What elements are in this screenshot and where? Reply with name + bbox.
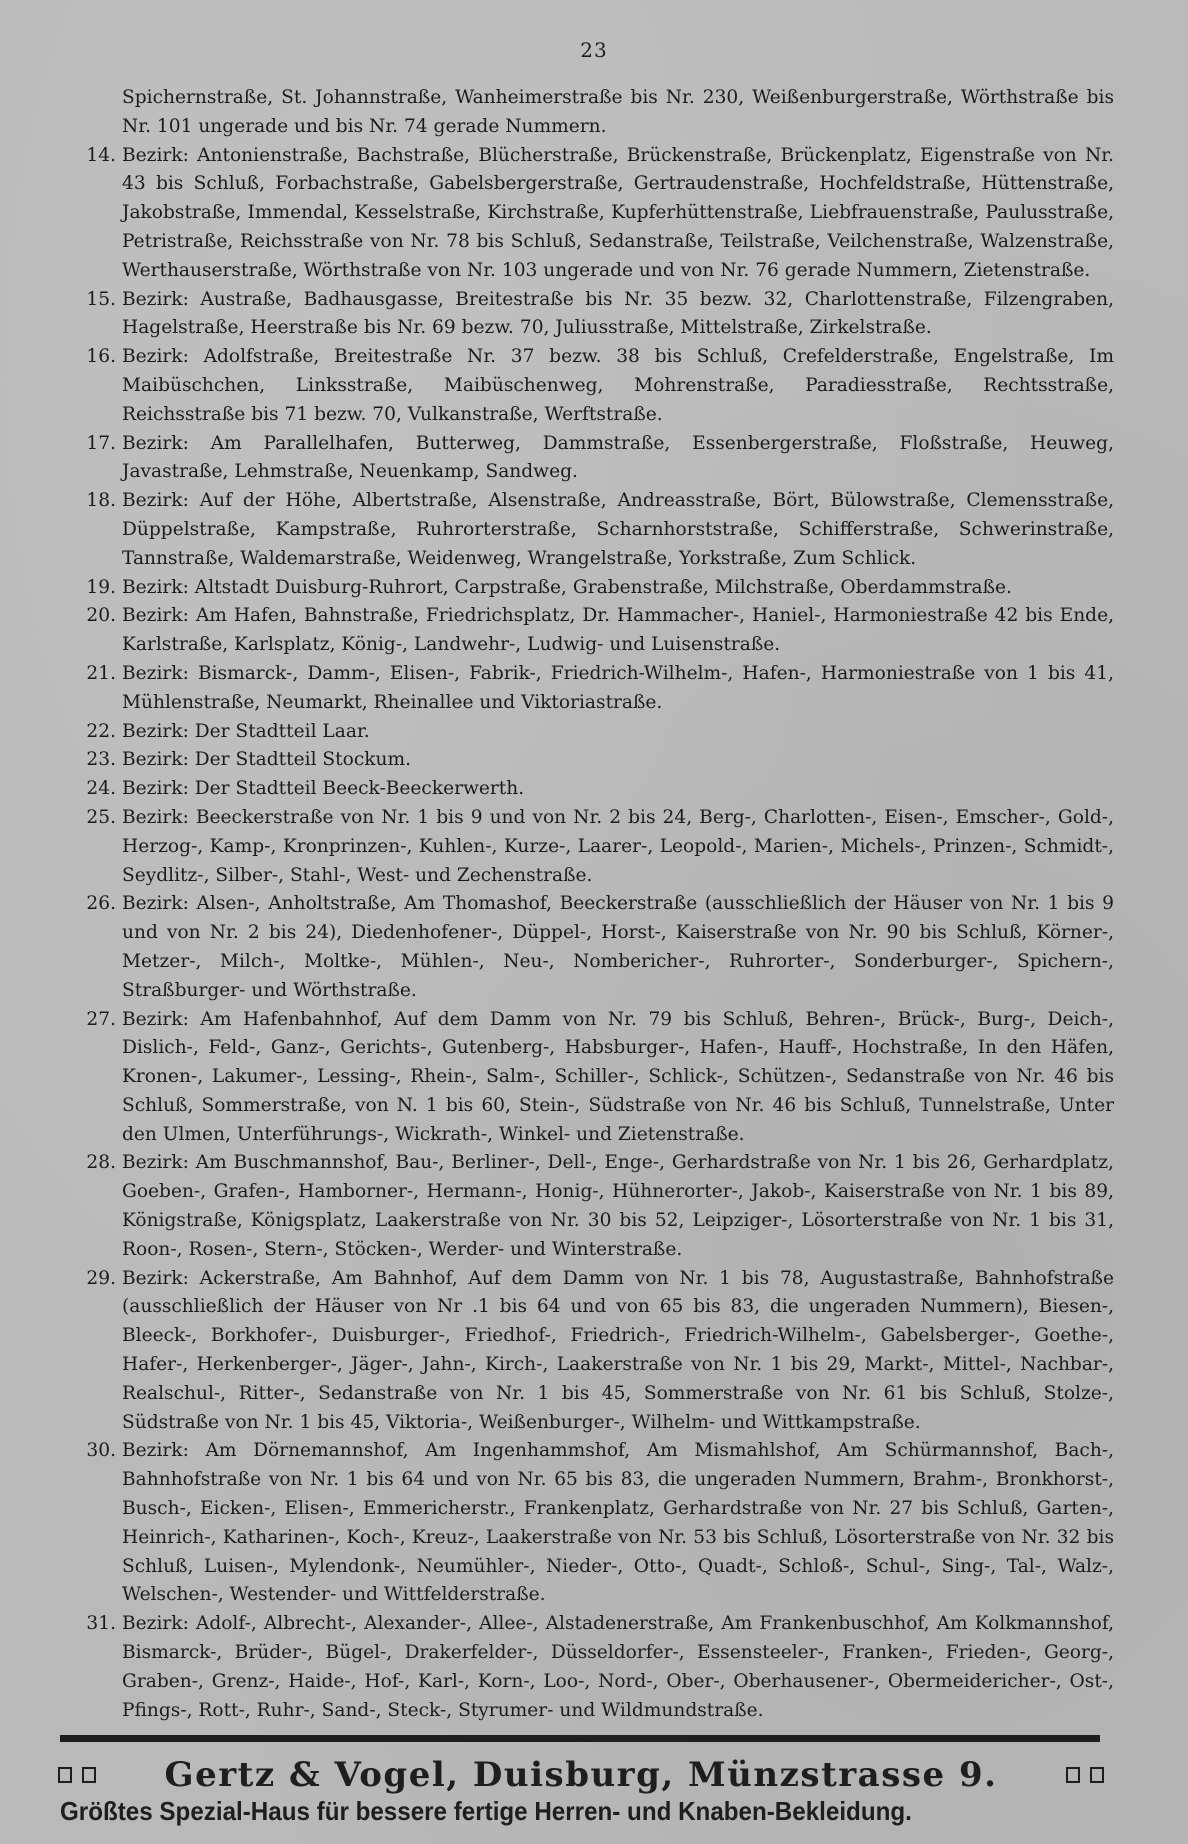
- divider-rule: [60, 1735, 1100, 1742]
- district-number: 15.: [72, 286, 122, 344]
- district-streets: Bezirk: Der Stadtteil Laar.: [122, 718, 1114, 747]
- district-entry: 23.Bezirk: Der Stadtteil Stockum.: [72, 746, 1114, 775]
- district-number: 21.: [72, 660, 122, 718]
- district-label: Bezirk:: [122, 577, 189, 598]
- district-label: Bezirk:: [122, 490, 189, 511]
- decoration-left: [58, 1767, 96, 1783]
- hollow-square-icon: [1066, 1767, 1080, 1783]
- district-number: 20.: [72, 602, 122, 660]
- district-streets: Bezirk: Der Stadtteil Stockum.: [122, 746, 1114, 775]
- district-entry: 19.Bezirk: Altstadt Duisburg-Ruhrort, Ca…: [72, 574, 1114, 603]
- district-list: Spichernstraße, St. Johannstraße, Wanhei…: [72, 84, 1114, 1725]
- district-number: 23.: [72, 746, 122, 775]
- street-list: Am Hafenbahnhof, Auf dem Damm von Nr. 79…: [122, 1009, 1114, 1145]
- district-streets: Bezirk: Am Hafen, Bahnstraße, Friedrichs…: [122, 602, 1114, 660]
- district-entry: 24.Bezirk: Der Stadtteil Beeck-Beeckerwe…: [72, 775, 1114, 804]
- street-list: Der Stadtteil Laar.: [195, 721, 370, 742]
- district-label: Bezirk:: [122, 289, 189, 310]
- district-streets: Bezirk: Adolfstraße, Breitestraße Nr. 37…: [122, 343, 1114, 429]
- intro-continuation: Spichernstraße, St. Johannstraße, Wanhei…: [72, 84, 1114, 142]
- district-entry: 29.Bezirk: Ackerstraße, Am Bahnhof, Auf …: [72, 1265, 1114, 1438]
- hollow-square-icon: [58, 1767, 72, 1783]
- street-list: Auf der Höhe, Albertstraße, Alsenstraße,…: [122, 490, 1114, 569]
- district-entry: 31.Bezirk: Adolf-, Albrecht-, Alexander-…: [72, 1610, 1114, 1725]
- district-number: 29.: [72, 1265, 122, 1438]
- district-number: 26.: [72, 890, 122, 1005]
- district-number: 28.: [72, 1149, 122, 1264]
- street-list: Adolfstraße, Breitestraße Nr. 37 bezw. 3…: [122, 346, 1114, 425]
- street-list: Beeckerstraße von Nr. 1 bis 9 und von Nr…: [122, 807, 1114, 886]
- street-list: Ackerstraße, Am Bahnhof, Auf dem Damm vo…: [122, 1268, 1114, 1433]
- street-list: Am Buschmannshof, Bau-, Berliner-, Dell-…: [122, 1152, 1114, 1259]
- district-number: 24.: [72, 775, 122, 804]
- street-list: Bismarck-, Damm-, Elisen-, Fabrik-, Frie…: [122, 663, 1114, 713]
- district-entry: 26.Bezirk: Alsen-, Anholtstraße, Am Thom…: [72, 890, 1114, 1005]
- district-number: 18.: [72, 487, 122, 573]
- hollow-square-icon: [1090, 1767, 1104, 1783]
- district-entry: 15.Bezirk: Austraße, Badhausgasse, Breit…: [72, 286, 1114, 344]
- street-list: Alsen-, Anholtstraße, Am Thomashof, Beec…: [122, 893, 1114, 1000]
- district-number: 14.: [72, 142, 122, 286]
- district-streets: Bezirk: Am Buschmannshof, Bau-, Berliner…: [122, 1149, 1114, 1264]
- district-label: Bezirk:: [122, 778, 189, 799]
- district-label: Bezirk:: [122, 1268, 189, 1289]
- district-label: Bezirk:: [122, 433, 189, 454]
- district-entry: 21.Bezirk: Bismarck-, Damm-, Elisen-, Fa…: [72, 660, 1114, 718]
- district-label: Bezirk:: [122, 749, 189, 770]
- street-list: Antonienstraße, Bachstraße, Blücherstraß…: [122, 145, 1114, 281]
- district-label: Bezirk:: [122, 1440, 189, 1461]
- district-entry: 16.Bezirk: Adolfstraße, Breitestraße Nr.…: [72, 343, 1114, 429]
- street-list: Austraße, Badhausgasse, Breitestraße bis…: [122, 289, 1114, 339]
- districts-container: 14.Bezirk: Antonienstraße, Bachstraße, B…: [72, 142, 1114, 1726]
- hollow-square-icon: [82, 1767, 96, 1783]
- district-streets: Bezirk: Bismarck-, Damm-, Elisen-, Fabri…: [122, 660, 1114, 718]
- district-number: 22.: [72, 718, 122, 747]
- district-streets: Bezirk: Altstadt Duisburg-Ruhrort, Carps…: [122, 574, 1114, 603]
- district-streets: Bezirk: Beeckerstraße von Nr. 1 bis 9 un…: [122, 804, 1114, 890]
- district-streets: Bezirk: Der Stadtteil Beeck-Beeckerwerth…: [122, 775, 1114, 804]
- district-number: 25.: [72, 804, 122, 890]
- district-streets: Bezirk: Antonienstraße, Bachstraße, Blüc…: [122, 142, 1114, 286]
- district-streets: Bezirk: Auf der Höhe, Albertstraße, Alse…: [122, 487, 1114, 573]
- district-streets: Bezirk: Am Parallelhafen, Butterweg, Dam…: [122, 430, 1114, 488]
- district-label: Bezirk:: [122, 346, 189, 367]
- district-label: Bezirk:: [122, 605, 189, 626]
- district-entry: 22.Bezirk: Der Stadtteil Laar.: [72, 718, 1114, 747]
- district-entry: 30.Bezirk: Am Dörnemannshof, Am Ingenham…: [72, 1437, 1114, 1610]
- district-number: 31.: [72, 1610, 122, 1725]
- street-list: Altstadt Duisburg-Ruhrort, Carpstraße, G…: [195, 577, 1012, 598]
- district-label: Bezirk:: [122, 1613, 189, 1634]
- district-number: 27.: [72, 1006, 122, 1150]
- district-entry: 17.Bezirk: Am Parallelhafen, Butterweg, …: [72, 430, 1114, 488]
- district-number: 17.: [72, 430, 122, 488]
- district-entry: 18.Bezirk: Auf der Höhe, Albertstraße, A…: [72, 487, 1114, 573]
- district-entry: 25.Bezirk: Beeckerstraße von Nr. 1 bis 9…: [72, 804, 1114, 890]
- district-streets: Bezirk: Am Dörnemannshof, Am Ingenhammsh…: [122, 1437, 1114, 1610]
- advertisement-tagline: Größtes Spezial-Haus für bessere fertige…: [60, 1796, 1027, 1827]
- street-list: Der Stadtteil Stockum.: [195, 749, 411, 770]
- district-streets: Bezirk: Adolf-, Albrecht-, Alexander-, A…: [122, 1610, 1114, 1725]
- district-label: Bezirk:: [122, 807, 189, 828]
- district-streets: Bezirk: Ackerstraße, Am Bahnhof, Auf dem…: [122, 1265, 1114, 1438]
- district-label: Bezirk:: [122, 145, 189, 166]
- district-label: Bezirk:: [122, 1152, 189, 1173]
- district-number: 19.: [72, 574, 122, 603]
- street-list: Am Hafen, Bahnstraße, Friedrichsplatz, D…: [122, 605, 1114, 655]
- decoration-right: [1066, 1767, 1104, 1783]
- district-label: Bezirk:: [122, 721, 189, 742]
- street-list: Am Parallelhafen, Butterweg, Dammstraße,…: [122, 433, 1114, 483]
- district-streets: Bezirk: Austraße, Badhausgasse, Breitest…: [122, 286, 1114, 344]
- district-label: Bezirk:: [122, 893, 189, 914]
- district-streets: Bezirk: Am Hafenbahnhof, Auf dem Damm vo…: [122, 1006, 1114, 1150]
- street-list: Der Stadtteil Beeck-Beeckerwerth.: [195, 778, 524, 799]
- district-entry: 14.Bezirk: Antonienstraße, Bachstraße, B…: [72, 142, 1114, 286]
- district-number: 16.: [72, 343, 122, 429]
- district-label: Bezirk:: [122, 663, 189, 684]
- street-list: Am Dörnemannshof, Am Ingenhammshof, Am M…: [122, 1440, 1114, 1605]
- district-label: Bezirk:: [122, 1009, 189, 1030]
- district-streets: Bezirk: Alsen-, Anholtstraße, Am Thomash…: [122, 890, 1114, 1005]
- street-list: Adolf-, Albrecht-, Alexander-, Allee-, A…: [122, 1613, 1114, 1720]
- advertisement-header: Gertz & Vogel, Duisburg, Münzstrasse 9.: [58, 1755, 1104, 1795]
- district-entry: 27.Bezirk: Am Hafenbahnhof, Auf dem Damm…: [72, 1006, 1114, 1150]
- district-entry: 20.Bezirk: Am Hafen, Bahnstraße, Friedri…: [72, 602, 1114, 660]
- advertisement-title: Gertz & Vogel, Duisburg, Münzstrasse 9.: [165, 1755, 998, 1795]
- district-entry: 28.Bezirk: Am Buschmannshof, Bau-, Berli…: [72, 1149, 1114, 1264]
- page-number: 23: [0, 38, 1188, 62]
- district-number: 30.: [72, 1437, 122, 1610]
